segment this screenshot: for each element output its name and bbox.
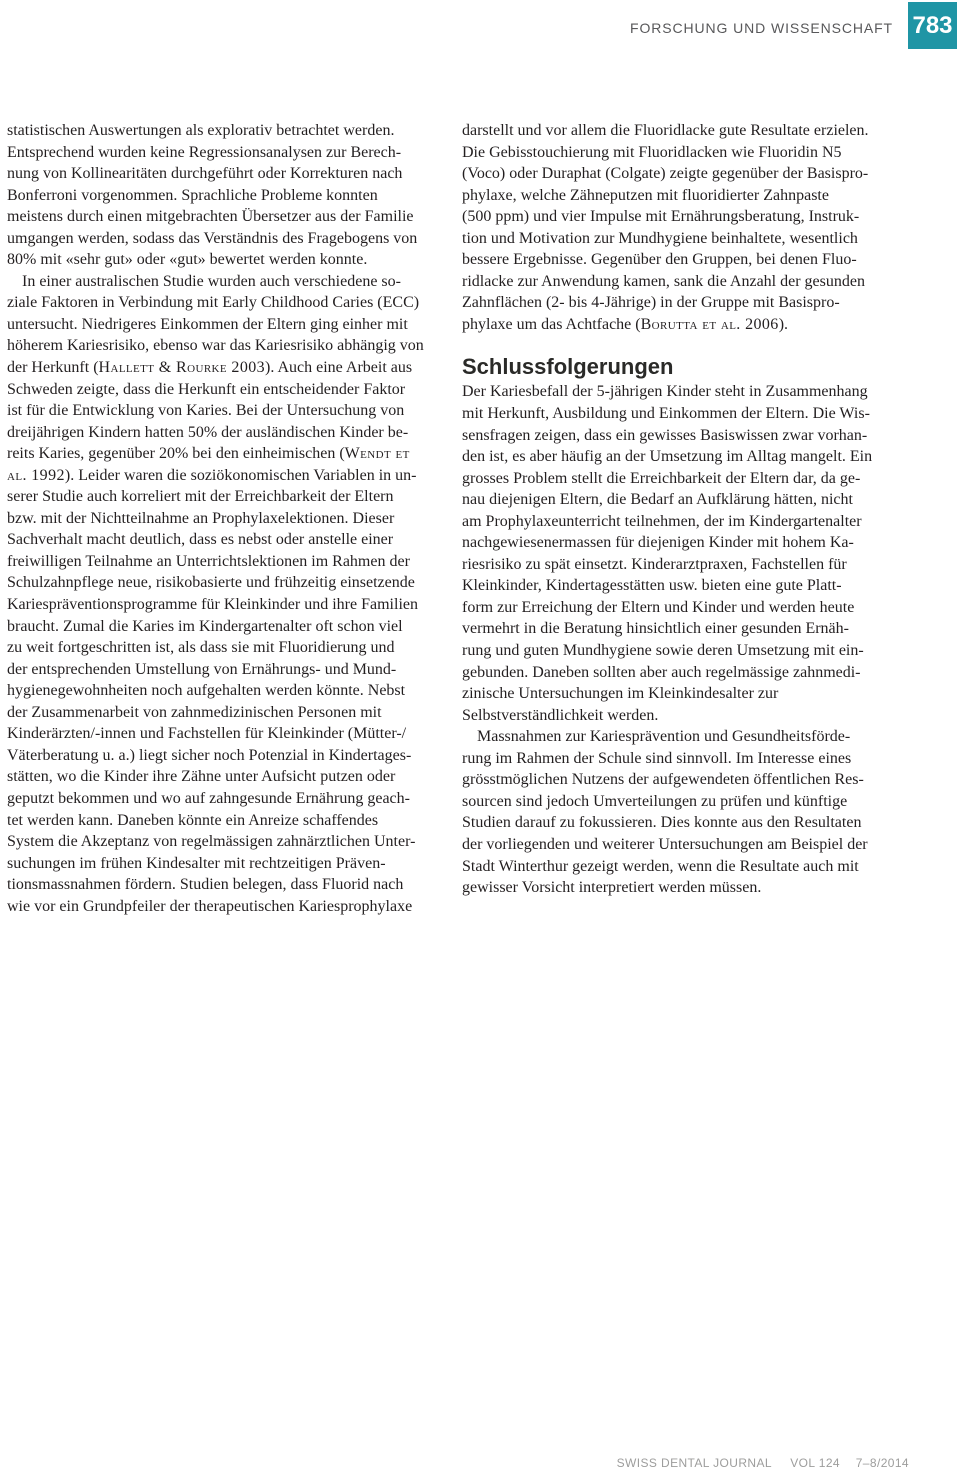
text-line: reits Karies, gegenüber 20% bei den einh… xyxy=(7,443,448,465)
text-line: phylaxe um das Achtfache (Borutta et al.… xyxy=(462,314,896,336)
text-line: ist für die Entwicklung von Karies. Bei … xyxy=(7,400,448,422)
text-line: den ist, es aber häufig an der Umsetzung… xyxy=(462,446,896,468)
text-run: Schulzahnpflege neue, risikobasierte und… xyxy=(7,574,415,591)
text-run: nachgewiesenermassen für diejenigen Kind… xyxy=(462,534,854,551)
text-line: mit Herkunft, Ausbildung und Einkommen d… xyxy=(462,403,896,425)
text-run: der Herkunft ( xyxy=(7,359,99,376)
text-run: ). Auch eine Arbeit aus xyxy=(265,359,412,376)
text-run: rung und guten Mundhygiene sowie deren U… xyxy=(462,642,864,659)
text-line: System die Akzeptanz von regelmässigen z… xyxy=(7,831,448,853)
journal-name: SWISS DENTAL JOURNAL xyxy=(617,1456,772,1470)
text-run: ridlacke zur Anwendung kamen, sank die A… xyxy=(462,273,865,290)
paragraph: statistischen Auswertungen als explorati… xyxy=(7,120,448,271)
text-run: Die Gebisstouchierung mit Fluoridlacken … xyxy=(462,144,842,161)
text-line: gewisser Vorsicht interpretiert werden m… xyxy=(462,877,896,899)
text-run: suchungen im frühen Kindesalter mit rech… xyxy=(7,855,386,872)
text-run: nau diejenigen Eltern, die Bedarf an Auf… xyxy=(462,491,853,508)
text-line: suchungen im frühen Kindesalter mit rech… xyxy=(7,853,448,875)
text-run: freiwilligen Teilnahme an Unterrichtslek… xyxy=(7,553,410,570)
text-run: meistens durch einen mitgebrachten Übers… xyxy=(7,208,414,225)
text-line: ridlacke zur Anwendung kamen, sank die A… xyxy=(462,271,896,293)
article-column-right: darstellt und vor allem die Fluoridlacke… xyxy=(462,120,896,899)
page-footer: SWISS DENTAL JOURNAL VOL 124 7–8/2014 xyxy=(617,1456,909,1470)
text-run: Kinderärzten/-innen und Fachstellen für … xyxy=(7,725,406,742)
paragraph: Massnahmen zur Kariesprävention und Gesu… xyxy=(462,726,896,898)
text-line: der vorliegenden und weiterer Untersuchu… xyxy=(462,834,896,856)
text-run: höherem Kariesrisiko, ebenso war das Kar… xyxy=(7,337,424,354)
text-run: umgangen werden, sodass das Verständnis … xyxy=(7,230,417,247)
text-line: zu weit fortgeschritten ist, als dass si… xyxy=(7,637,448,659)
text-line: Studien darauf zu fokussieren. Dies konn… xyxy=(462,812,896,834)
text-run: Väterberatung u. a.) liegt sicher noch P… xyxy=(7,747,411,764)
text-run: tion und Motivation zur Mundhygiene bein… xyxy=(462,230,858,247)
text-line: sensfragen zeigen, dass ein gewisses Bas… xyxy=(462,425,896,447)
text-run: zu weit fortgeschritten ist, als dass si… xyxy=(7,639,395,656)
text-run: am Prophylaxeunterricht teilnehmen, der … xyxy=(462,513,862,530)
article-column-left: statistischen Auswertungen als explorati… xyxy=(7,120,448,917)
text-line: serer Studie auch korreliert mit der Err… xyxy=(7,486,448,508)
text-line: untersucht. Niedrigeres Einkommen der El… xyxy=(7,314,448,336)
text-line: der Herkunft (Hallett & Rourke 2003). Au… xyxy=(7,357,448,379)
text-run: wie vor ein Grundpfeiler der therapeutis… xyxy=(7,898,412,915)
text-line: al. 1992). Leider waren die soziökonomis… xyxy=(7,465,448,487)
text-line: höherem Kariesrisiko, ebenso war das Kar… xyxy=(7,335,448,357)
text-line: Schweden zeigte, dass die Herkunft ein e… xyxy=(7,379,448,401)
text-run: Studien darauf zu fokussieren. Dies konn… xyxy=(462,814,861,831)
text-line: nachgewiesenermassen für diejenigen Kind… xyxy=(462,532,896,554)
text-line: grosses Problem stellt die Erreichbarkei… xyxy=(462,468,896,490)
text-run: tionsmassnahmen fördern. Studien belegen… xyxy=(7,876,403,893)
citation-smallcaps: Hallett & Rourke 2003 xyxy=(99,359,266,376)
text-line: hygienegewohnheiten noch aufgehalten wer… xyxy=(7,680,448,702)
text-line: Zahnflächen (2- bis 4-Jährige) in der Gr… xyxy=(462,292,896,314)
text-line: umgangen werden, sodass das Verständnis … xyxy=(7,228,448,250)
text-line: nau diejenigen Eltern, die Bedarf an Auf… xyxy=(462,489,896,511)
text-run: ist für die Entwicklung von Karies. Bei … xyxy=(7,402,404,419)
text-run: gebunden. Daneben sollten aber auch rege… xyxy=(462,664,861,681)
text-run: bzw. mit der Nichtteilnahme an Prophylax… xyxy=(7,510,394,527)
text-line: der Zusammenarbeit von zahnmedizinischen… xyxy=(7,702,448,724)
text-run: (500 ppm) und vier Impulse mit Ernährung… xyxy=(462,208,859,225)
text-line: braucht. Zumal die Karies im Kindergarte… xyxy=(7,616,448,638)
text-line: stätten, wo die Kinder ihre Zähne unter … xyxy=(7,766,448,788)
text-run: grösstmöglichen Nutzens der aufgewendete… xyxy=(462,771,864,788)
text-run: Schweden zeigte, dass die Herkunft ein e… xyxy=(7,381,405,398)
text-run: sensfragen zeigen, dass ein gewisses Bas… xyxy=(462,427,867,444)
text-run: phylaxe, welche Zähneputzen mit fluoridi… xyxy=(462,187,829,204)
text-line: riesrisiko zu spät einsetzt. Kinderarztp… xyxy=(462,554,896,576)
text-run: hygienegewohnheiten noch aufgehalten wer… xyxy=(7,682,405,699)
text-line: meistens durch einen mitgebrachten Übers… xyxy=(7,206,448,228)
text-run: darstellt und vor allem die Fluoridlacke… xyxy=(462,122,869,139)
text-run: grosses Problem stellt die Erreichbarkei… xyxy=(462,470,860,487)
journal-page: { "header": { "section_title": "FORSCHUN… xyxy=(0,0,960,1477)
text-line: Selbstverständlichkeit werden. xyxy=(462,705,896,727)
text-line: bzw. mit der Nichtteilnahme an Prophylax… xyxy=(7,508,448,530)
text-line: (Voco) oder Duraphat (Colgate) zeigte ge… xyxy=(462,163,896,185)
text-run: Zahnflächen (2- bis 4-Jährige) in der Gr… xyxy=(462,294,840,311)
text-line: nung von Kollinearitäten durchgeführt od… xyxy=(7,163,448,185)
text-run: tet werden kann. Daneben könnte ein Anre… xyxy=(7,812,378,829)
text-line: Schulzahnpflege neue, risikobasierte und… xyxy=(7,572,448,594)
text-line: Väterberatung u. a.) liegt sicher noch P… xyxy=(7,745,448,767)
text-run: 80% mit «sehr gut» oder «gut» bewertet w… xyxy=(7,251,367,268)
text-run: rung im Rahmen der Schule sind sinnvoll.… xyxy=(462,750,851,767)
text-run: vermehrt in die Beratung hinsichtlich ei… xyxy=(462,620,849,637)
text-line: Entsprechend wurden keine Regressionsana… xyxy=(7,142,448,164)
text-line: Die Gebisstouchierung mit Fluoridlacken … xyxy=(462,142,896,164)
text-run: Selbstverständlichkeit werden. xyxy=(462,707,658,724)
text-run: statistischen Auswertungen als explorati… xyxy=(7,122,394,139)
text-line: ziale Faktoren in Verbindung mit Early C… xyxy=(7,292,448,314)
running-head: FORSCHUNG UND WISSENSCHAFT 783 xyxy=(0,0,960,60)
text-run: der entsprechenden Umstellung von Ernähr… xyxy=(7,661,396,678)
page-number: 783 xyxy=(912,12,952,40)
text-run: zinische Untersuchungen im Kleinkindesal… xyxy=(462,685,778,702)
text-line: Bonferroni vorgenommen. Sprachliche Prob… xyxy=(7,185,448,207)
text-run: geputzt bekommen und wo auf zahngesunde … xyxy=(7,790,410,807)
text-run: Kleinkinder, Kindertagesstätten usw. bie… xyxy=(462,577,842,594)
text-line: In einer australischen Studie wurden auc… xyxy=(7,271,448,293)
text-run: (Voco) oder Duraphat (Colgate) zeigte ge… xyxy=(462,165,868,182)
text-line: vermehrt in die Beratung hinsichtlich ei… xyxy=(462,618,896,640)
text-run: phylaxe um das Achtfache ( xyxy=(462,316,641,333)
text-run: braucht. Zumal die Karies im Kindergarte… xyxy=(7,618,403,635)
text-line: freiwilligen Teilnahme an Unterrichtslek… xyxy=(7,551,448,573)
section-heading: Schlussfolgerungen xyxy=(462,354,896,380)
citation-smallcaps: Borutta et al. 2006 xyxy=(641,316,779,333)
text-line: grösstmöglichen Nutzens der aufgewendete… xyxy=(462,769,896,791)
text-run: form zur Erreichung der Eltern und Kinde… xyxy=(462,599,854,616)
text-line: rung und guten Mundhygiene sowie deren U… xyxy=(462,640,896,662)
section-title: FORSCHUNG UND WISSENSCHAFT xyxy=(630,20,893,36)
text-run: Massnahmen zur Kariesprävention und Gesu… xyxy=(477,728,850,745)
text-run: riesrisiko zu spät einsetzt. Kinderarztp… xyxy=(462,556,847,573)
text-line: phylaxe, welche Zähneputzen mit fluoridi… xyxy=(462,185,896,207)
text-run: reits Karies, gegenüber 20% bei den einh… xyxy=(7,445,345,462)
text-run: bessere Ergebnisse. Gegenüber den Gruppe… xyxy=(462,251,857,268)
text-line: (500 ppm) und vier Impulse mit Ernährung… xyxy=(462,206,896,228)
text-run: stätten, wo die Kinder ihre Zähne unter … xyxy=(7,768,395,785)
text-line: Kleinkinder, Kindertagesstätten usw. bie… xyxy=(462,575,896,597)
text-run: untersucht. Niedrigeres Einkommen der El… xyxy=(7,316,408,333)
text-line: Kariespräventionsprogramme für Kleinkind… xyxy=(7,594,448,616)
text-line: geputzt bekommen und wo auf zahngesunde … xyxy=(7,788,448,810)
text-run: System die Akzeptanz von regelmässigen z… xyxy=(7,833,415,850)
paragraph: Der Kariesbefall der 5-jährigen Kinder s… xyxy=(462,381,896,726)
text-line: Stadt Winterthur gezeigt werden, wenn di… xyxy=(462,856,896,878)
text-line: darstellt und vor allem die Fluoridlacke… xyxy=(462,120,896,142)
volume-label: VOL 124 xyxy=(790,1456,840,1470)
text-run: sourcen sind jedoch Umverteilungen zu pr… xyxy=(462,793,847,810)
text-line: Kinderärzten/-innen und Fachstellen für … xyxy=(7,723,448,745)
text-run: Kariespräventionsprogramme für Kleinkind… xyxy=(7,596,418,613)
text-run: Bonferroni vorgenommen. Sprachliche Prob… xyxy=(7,187,378,204)
citation-smallcaps: Wendt et xyxy=(345,445,410,462)
text-run: ). xyxy=(779,316,788,333)
text-line: sourcen sind jedoch Umverteilungen zu pr… xyxy=(462,791,896,813)
text-line: dreijährigen Kindern hatten 50% der ausl… xyxy=(7,422,448,444)
text-run: ziale Faktoren in Verbindung mit Early C… xyxy=(7,294,419,311)
text-line: wie vor ein Grundpfeiler der therapeutis… xyxy=(7,896,448,918)
text-run: serer Studie auch korreliert mit der Err… xyxy=(7,488,394,505)
text-run: Entsprechend wurden keine Regressionsana… xyxy=(7,144,401,161)
text-line: statistischen Auswertungen als explorati… xyxy=(7,120,448,142)
issue-label: 7–8/2014 xyxy=(856,1456,909,1470)
paragraph: In einer australischen Studie wurden auc… xyxy=(7,271,448,917)
text-run: ). Leider waren die soziökonomischen Var… xyxy=(65,467,417,484)
page-number-badge: 783 xyxy=(908,2,957,49)
text-line: bessere Ergebnisse. Gegenüber den Gruppe… xyxy=(462,249,896,271)
text-run: der vorliegenden und weiterer Untersuchu… xyxy=(462,836,868,853)
text-line: rung im Rahmen der Schule sind sinnvoll.… xyxy=(462,748,896,770)
text-line: tionsmassnahmen fördern. Studien belegen… xyxy=(7,874,448,896)
text-line: tet werden kann. Daneben könnte ein Anre… xyxy=(7,810,448,832)
text-line: am Prophylaxeunterricht teilnehmen, der … xyxy=(462,511,896,533)
text-line: tion und Motivation zur Mundhygiene bein… xyxy=(462,228,896,250)
text-run: der Zusammenarbeit von zahnmedizinischen… xyxy=(7,704,382,721)
text-run: In einer australischen Studie wurden auc… xyxy=(22,273,401,290)
text-run: Stadt Winterthur gezeigt werden, wenn di… xyxy=(462,858,859,875)
text-run: nung von Kollinearitäten durchgeführt od… xyxy=(7,165,402,182)
text-run: Der Kariesbefall der 5-jährigen Kinder s… xyxy=(462,383,868,400)
text-run: gewisser Vorsicht interpretiert werden m… xyxy=(462,879,761,896)
text-run: dreijährigen Kindern hatten 50% der ausl… xyxy=(7,424,408,441)
text-line: form zur Erreichung der Eltern und Kinde… xyxy=(462,597,896,619)
text-run: den ist, es aber häufig an der Umsetzung… xyxy=(462,448,872,465)
text-line: 80% mit «sehr gut» oder «gut» bewertet w… xyxy=(7,249,448,271)
citation-smallcaps: al. 1992 xyxy=(7,467,65,484)
text-line: gebunden. Daneben sollten aber auch rege… xyxy=(462,662,896,684)
text-run: Sachverhalt macht deutlich, dass es nebs… xyxy=(7,531,393,548)
text-line: Der Kariesbefall der 5-jährigen Kinder s… xyxy=(462,381,896,403)
text-run: mit Herkunft, Ausbildung und Einkommen d… xyxy=(462,405,870,422)
text-line: zinische Untersuchungen im Kleinkindesal… xyxy=(462,683,896,705)
text-line: Sachverhalt macht deutlich, dass es nebs… xyxy=(7,529,448,551)
text-line: der entsprechenden Umstellung von Ernähr… xyxy=(7,659,448,681)
text-line: Massnahmen zur Kariesprävention und Gesu… xyxy=(462,726,896,748)
paragraph: darstellt und vor allem die Fluoridlacke… xyxy=(462,120,896,335)
